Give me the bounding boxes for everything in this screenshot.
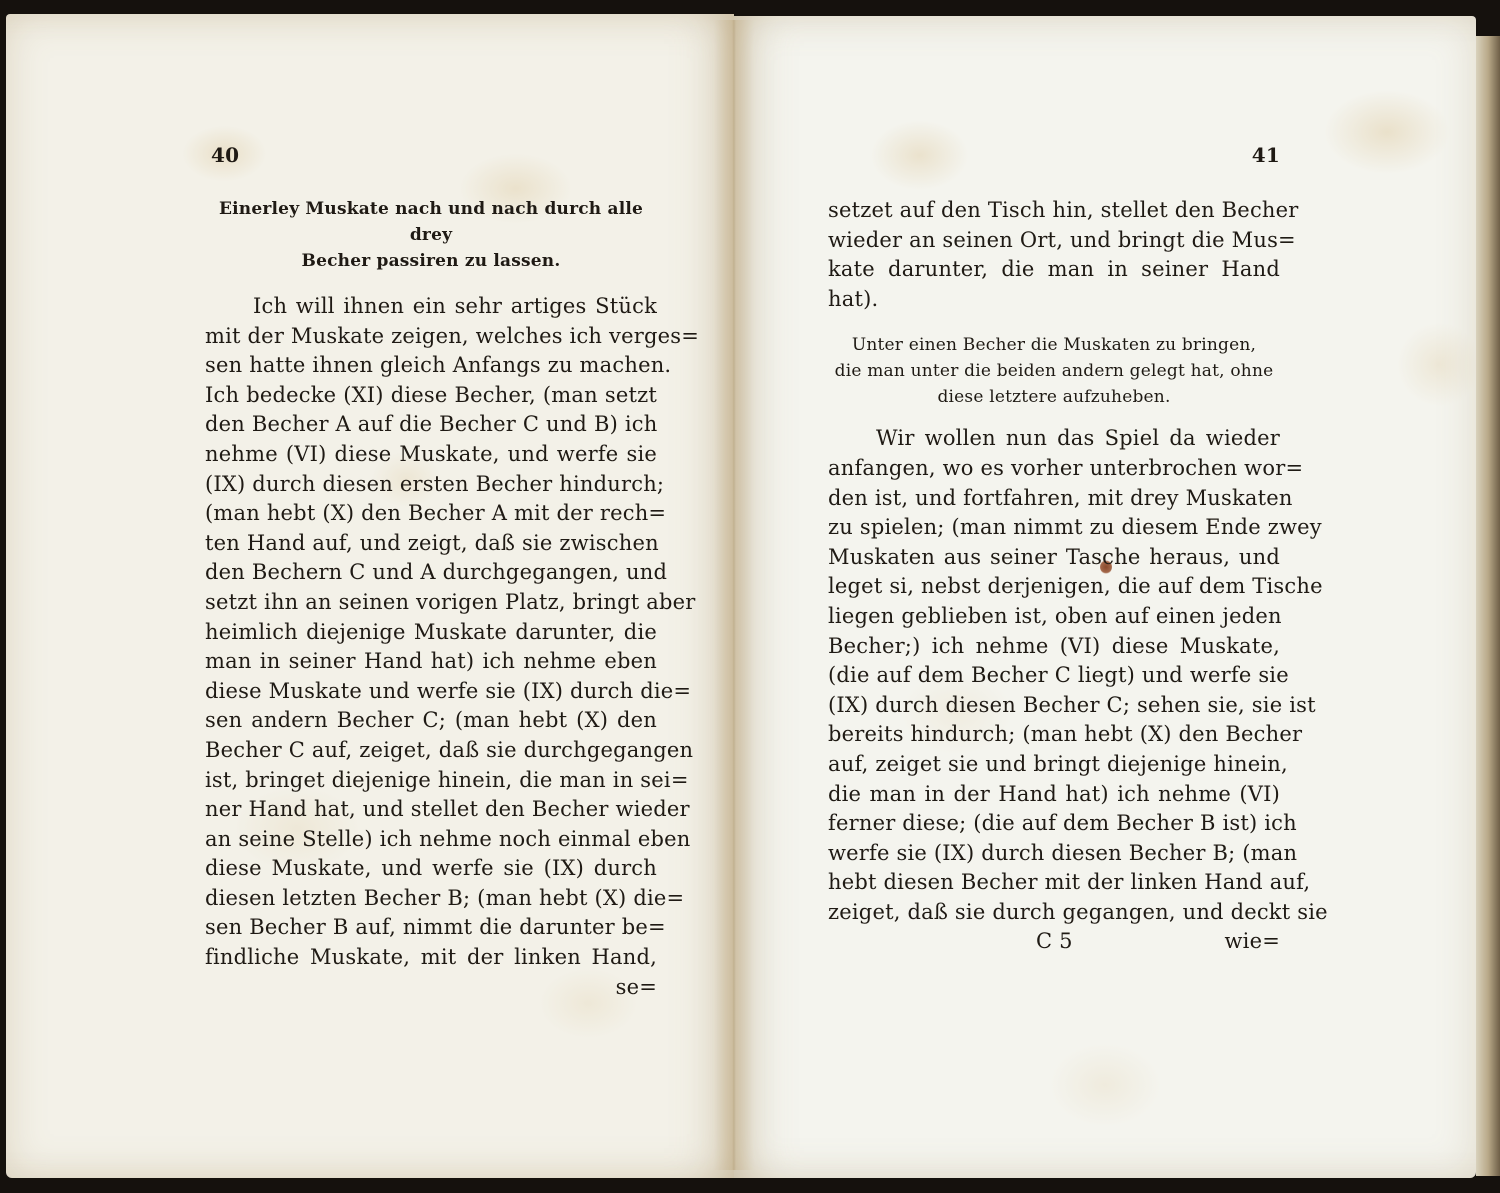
text-line: (IX) durch diesen ersten Becher hindurch…	[205, 470, 657, 500]
text-line: Becher C auf, zeiget, daß sie durchgegan…	[205, 736, 657, 766]
text-line: hat).	[828, 285, 1280, 315]
text-line: mit der Muskate zeigen, welches ich verg…	[205, 322, 657, 352]
catchword: wie=	[1224, 927, 1280, 957]
catchword: se=	[616, 973, 657, 1003]
book-gutter	[714, 20, 754, 1170]
text-line: diese Muskate, und werfe sie (IX) durch	[205, 854, 657, 884]
heading-line: diese letztere aufzuheben.	[828, 384, 1280, 410]
text-line: man in seiner Hand hat) ich nehme eben	[205, 647, 657, 677]
heading-line: Einerley Muskate nach und nach durch all…	[205, 196, 657, 248]
text-line: ferner diese; (die auf dem Becher B ist)…	[828, 809, 1280, 839]
text-line: hebt diesen Becher mit der linken Hand a…	[828, 868, 1280, 898]
text-line: heimlich diejenige Muskate darunter, die	[205, 618, 657, 648]
text-line: den Becher A auf die Becher C und B) ich	[205, 410, 657, 440]
text-line: (IX) durch diesen Becher C; sehen sie, s…	[828, 691, 1280, 721]
text-line: nehme (VI) diese Muskate, und werfe sie	[205, 440, 657, 470]
text-line: ist, bringet diejenige hinein, die man i…	[205, 766, 657, 796]
text-line: setzt ihn an seinen vorigen Platz, bring…	[205, 588, 657, 618]
text-line: sen hatte ihnen gleich Anfangs zu machen…	[205, 351, 657, 381]
heading-line: Unter einen Becher die Muskaten zu bring…	[828, 332, 1280, 358]
page-fore-edge	[1476, 36, 1500, 1176]
page-footer-left: se=	[205, 973, 657, 1003]
text-line: ten Hand auf, und zeigt, daß sie zwische…	[205, 529, 657, 559]
text-line: (die auf dem Becher C liegt) und werfe s…	[828, 661, 1280, 691]
text-line: diesen letzten Becher B; (man hebt (X) d…	[205, 884, 657, 914]
book-scan: 40 Einerley Muskate nach und nach durch …	[0, 0, 1500, 1193]
text-line: Wir wollen nun das Spiel da wieder	[828, 424, 1280, 454]
text-line: ner Hand hat, und stellet den Becher wie…	[205, 795, 657, 825]
body-text-right-top: setzet auf den Tisch hin, stellet den Be…	[828, 196, 1280, 314]
text-line: Muskaten aus seiner Tasche heraus, und	[828, 543, 1280, 573]
text-line: den Bechern C und A durchgegangen, und	[205, 558, 657, 588]
signature-mark: C 5	[1036, 927, 1073, 957]
text-line: werfe sie (IX) durch diesen Becher B; (m…	[828, 839, 1280, 869]
text-line: findliche Muskate, mit der linken Hand,	[205, 943, 657, 973]
text-line: anfangen, wo es vorher unterbrochen wor=	[828, 454, 1280, 484]
text-line: sen andern Becher C; (man hebt (X) den	[205, 706, 657, 736]
text-line: die man in der Hand hat) ich nehme (VI)	[828, 780, 1280, 810]
text-line: (man hebt (X) den Becher A mit der rech=	[205, 499, 657, 529]
text-line: bereits hindurch; (man hebt (X) den Bech…	[828, 720, 1280, 750]
text-line: Ich bedecke (XI) diese Becher, (man setz…	[205, 381, 657, 411]
section-heading-right: Unter einen Becher die Muskaten zu bring…	[828, 332, 1280, 410]
text-line: sen Becher B auf, nimmt die darunter be=	[205, 913, 657, 943]
text-line: Ich will ihnen ein sehr artiges Stück	[205, 292, 657, 322]
text-line: Becher;) ich nehme (VI) diese Muskate,	[828, 632, 1280, 662]
page-footer-right: C 5 wie=	[828, 927, 1280, 957]
text-line: setzet auf den Tisch hin, stellet den Be…	[828, 196, 1280, 226]
heading-line: die man unter die beiden andern gelegt h…	[828, 358, 1280, 384]
right-page-text: 41 setzet auf den Tisch hin, stellet den…	[828, 140, 1280, 957]
text-line: leget si, nebst derjenigen, die auf dem …	[828, 572, 1280, 602]
text-line: kate darunter, die man in seiner Hand	[828, 255, 1280, 285]
left-page-text: 40 Einerley Muskate nach und nach durch …	[205, 140, 657, 1003]
text-line: auf, zeiget sie und bringt diejenige hin…	[828, 750, 1280, 780]
text-line: zeiget, daß sie durch gegangen, und deck…	[828, 898, 1280, 928]
text-line: zu spielen; (man nimmt zu diesem Ende zw…	[828, 513, 1280, 543]
text-line: diese Muskate und werfe sie (IX) durch d…	[205, 677, 657, 707]
page-number-left: 40	[205, 140, 657, 180]
page-number-right: 41	[828, 140, 1280, 180]
heading-line: Becher passiren zu lassen.	[205, 248, 657, 274]
body-text-right: Wir wollen nun das Spiel da wieder anfan…	[828, 424, 1280, 927]
text-line: den ist, und fortfahren, mit drey Muskat…	[828, 484, 1280, 514]
text-line: an seine Stelle) ich nehme noch einmal e…	[205, 825, 657, 855]
text-line: liegen geblieben ist, oben auf einen jed…	[828, 602, 1280, 632]
section-heading-left: Einerley Muskate nach und nach durch all…	[205, 196, 657, 274]
body-text-left: Ich will ihnen ein sehr artiges Stück mi…	[205, 292, 657, 973]
text-line: wieder an seinen Ort, und bringt die Mus…	[828, 226, 1280, 256]
